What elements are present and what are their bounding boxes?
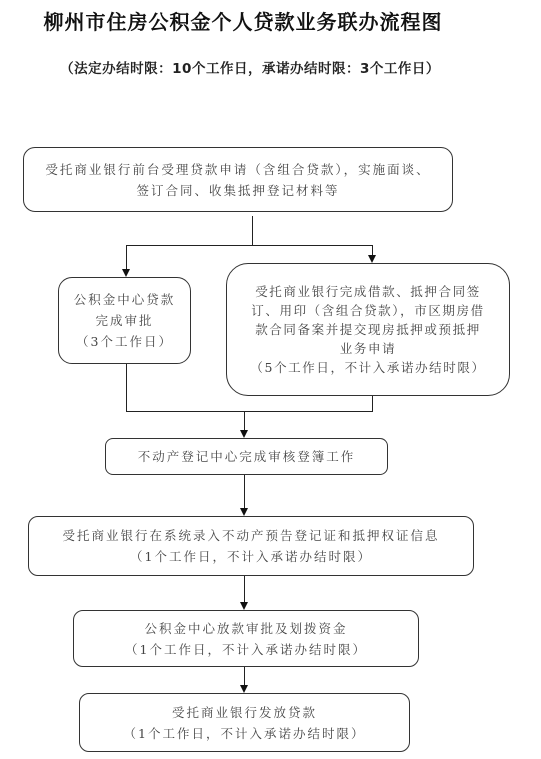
arrow-down-icon — [240, 685, 248, 693]
connector-line — [244, 475, 245, 508]
arrow-down-icon — [240, 430, 248, 438]
connector-line — [126, 411, 373, 412]
step-1-accept-application: 受托商业银行前台受理贷款申请（含组合贷款），实施面谈、 签订合同、收集抵押登记材… — [23, 147, 453, 212]
connector-line — [372, 245, 373, 255]
arrow-down-icon — [122, 269, 130, 277]
connector-line — [126, 245, 373, 246]
step-2a-line-3: （3个工作日） — [76, 331, 173, 352]
step-6-issue-loan: 受托商业银行发放贷款 （1个工作日，不计入承诺办结时限） — [79, 693, 410, 752]
step-4-line-2: （1个工作日，不计入承诺办结时限） — [130, 546, 372, 567]
time-limit-subtitle: （法定办结时限：10个工作日，承诺办结时限：3个工作日） — [30, 58, 470, 80]
step-2b-line-1: 受托商业银行完成借款、抵押合同签 — [255, 282, 481, 301]
step-6-line-1: 受托商业银行发放贷款 — [172, 702, 317, 723]
connector-line — [126, 364, 127, 412]
step-2b-line-4: 业务申请 — [340, 339, 396, 358]
step-2b-line-5: （5个工作日，不计入承诺办结时限） — [250, 358, 485, 377]
step-2b-line-2: 订、用印（含组合贷款），市区期房借 — [251, 301, 484, 320]
step-5-line-1: 公积金中心放款审批及划拨资金 — [144, 618, 347, 639]
step-3-registration-review: 不动产登记中心完成审核登簿工作 — [105, 438, 388, 475]
step-2a-line-2: 完成审批 — [95, 310, 153, 331]
arrow-down-icon — [240, 508, 248, 516]
connector-line — [126, 245, 127, 269]
step-4-line-1: 受托商业银行在系统录入不动产预告登记证和抵押权证信息 — [62, 525, 439, 546]
connector-line — [244, 576, 245, 602]
connector-line — [244, 411, 245, 430]
step-6-line-2: （1个工作日，不计入承诺办结时限） — [124, 723, 366, 744]
connector-line — [372, 396, 373, 412]
step-2a-line-1: 公积金中心贷款 — [74, 289, 176, 310]
step-2a-fund-approval: 公积金中心贷款 完成审批 （3个工作日） — [58, 277, 191, 364]
step-2b-line-3: 款合同备案并提交现房抵押或预抵押 — [255, 320, 481, 339]
arrow-down-icon — [240, 602, 248, 610]
step-2b-bank-contracts: 受托商业银行完成借款、抵押合同签 订、用印（含组合贷款），市区期房借 款合同备案… — [226, 263, 510, 396]
page-title: 柳州市住房公积金个人贷款业务联办流程图 — [0, 8, 486, 36]
connector-line — [244, 667, 245, 685]
arrow-down-icon — [368, 255, 376, 263]
connector-line — [252, 216, 253, 246]
step-1-line-2: 签订合同、收集抵押登记材料等 — [136, 180, 339, 201]
step-3-line-1: 不动产登记中心完成审核登簿工作 — [138, 446, 356, 467]
step-5-line-2: （1个工作日，不计入承诺办结时限） — [125, 639, 367, 660]
step-5-disbursement-approval: 公积金中心放款审批及划拨资金 （1个工作日，不计入承诺办结时限） — [73, 610, 419, 667]
step-1-line-1: 受托商业银行前台受理贷款申请（含组合贷款），实施面谈、 — [45, 159, 430, 180]
step-4-enter-certificates: 受托商业银行在系统录入不动产预告登记证和抵押权证信息 （1个工作日，不计入承诺办… — [28, 516, 474, 576]
